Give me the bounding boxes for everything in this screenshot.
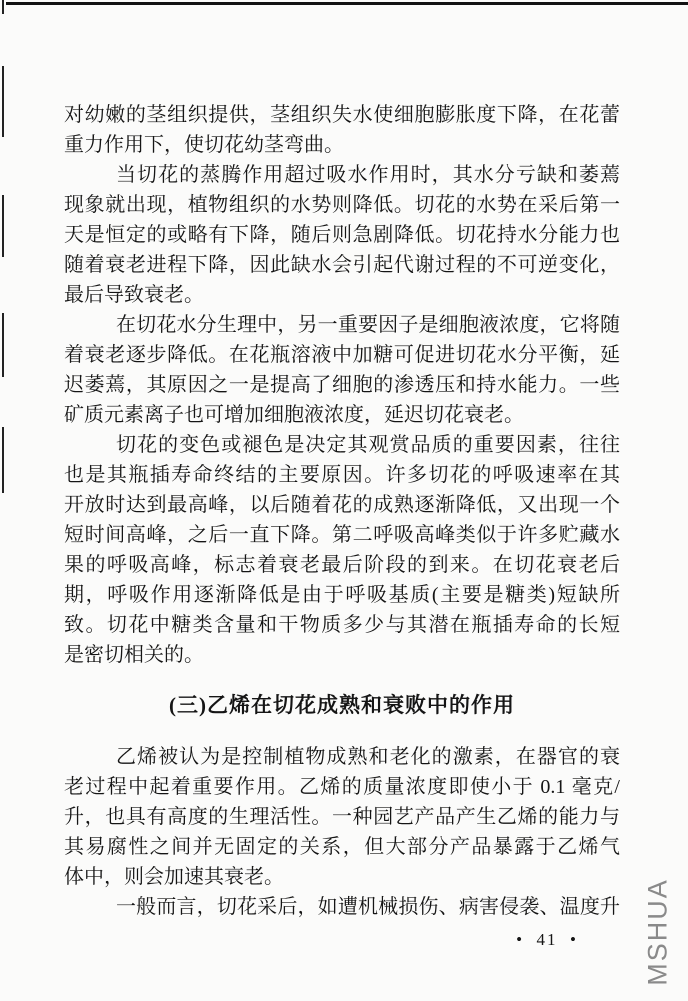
scanned-book-page: 对幼嫩的茎组织提供，茎组织失水使细胞膨胀度下降，在花蕾 重力作用下，使切花幼茎弯… [0, 0, 688, 1001]
text-line: 在切花水分生理中，另一重要因子是细胞液浓度，它将随 [64, 310, 620, 340]
scan-top-edge-line [6, 2, 688, 5]
text-line: 乙烯被认为是控制植物成熟和老化的激素，在器官的衰 [64, 742, 620, 772]
text-line: 随着衰老进程下降，因此缺水会引起代谢过程的不可逆变化， [64, 250, 620, 280]
section-heading: (三)乙烯在切花成熟和衰败中的作用 [64, 690, 620, 721]
page-number: • 41 • [64, 929, 620, 951]
scan-left-edge-mark [2, 66, 4, 137]
text-line: 当切花的蒸腾作用超过吸水作用时，其水分亏缺和萎蔫 [64, 160, 620, 190]
text-line: 是密切相关的。 [64, 640, 620, 670]
text-line: 着衰老逐步降低。在花瓶溶液中加糖可促进切花水分平衡，延 [64, 340, 620, 370]
text-line: 果的呼吸高峰，标志着衰老最后阶段的到来。在切花衰老后 [64, 550, 620, 580]
text-line: 升，也具有高度的生理活性。一种园艺产品产生乙烯的能力与 [64, 802, 620, 832]
text-line: 期，呼吸作用逐渐降低是由于呼吸基质(主要是糖类)短缺所 [64, 580, 620, 610]
text-line: 迟萎蔫，其原因之一是提高了细胞的渗透压和持水能力。一些 [64, 370, 620, 400]
text-line: 短时间高峰，之后一直下降。第二呼吸高峰类似于许多贮藏水 [64, 520, 620, 550]
text-line: 对幼嫩的茎组织提供，茎组织失水使细胞膨胀度下降，在花蕾 [64, 100, 620, 130]
text-line: 致。切花中糖类含量和干物质多少与其潜在瓶插寿命的长短 [64, 610, 620, 640]
text-line: 体中，则会加速其衰老。 [64, 862, 620, 892]
scan-left-edge-mark [2, 0, 4, 14]
text-line: 老过程中起着重要作用。乙烯的质量浓度即使小于 0.1 毫克/ [64, 772, 620, 802]
text-line: 最后导致衰老。 [64, 280, 620, 310]
text-line: 也是其瓶插寿命终结的主要原因。许多切花的呼吸速率在其 [64, 460, 620, 490]
text-line: 现象就出现，植物组织的水势则降低。切花的水势在采后第一 [64, 190, 620, 220]
text-line: 其易腐性之间并无固定的关系，但大部分产品暴露于乙烯气 [64, 832, 620, 862]
text-line: 一般而言，切花采后，如遭机械损伤、病害侵袭、温度升高 [64, 892, 620, 922]
side-watermark-text: MSHUA [643, 878, 674, 986]
scan-left-edge-mark [2, 313, 4, 377]
text-line: 开放时达到最高峰，以后随着花的成熟逐渐降低，又出现一个 [64, 490, 620, 520]
text-line: 重力作用下，使切花幼茎弯曲。 [64, 130, 620, 160]
page-body-text: 对幼嫩的茎组织提供，茎组织失水使细胞膨胀度下降，在花蕾 重力作用下，使切花幼茎弯… [64, 100, 620, 951]
text-line: 天是恒定的或略有下降，随后则急剧降低。切花持水分能力也 [64, 220, 620, 250]
scan-left-edge-mark [2, 195, 4, 257]
text-line: 矿质元素离子也可增加细胞液浓度，延迟切花衰老。 [64, 400, 620, 430]
text-line: 切花的变色或褪色是决定其观赏品质的重要因素，往往 [64, 430, 620, 460]
scan-left-edge-mark [2, 427, 4, 493]
